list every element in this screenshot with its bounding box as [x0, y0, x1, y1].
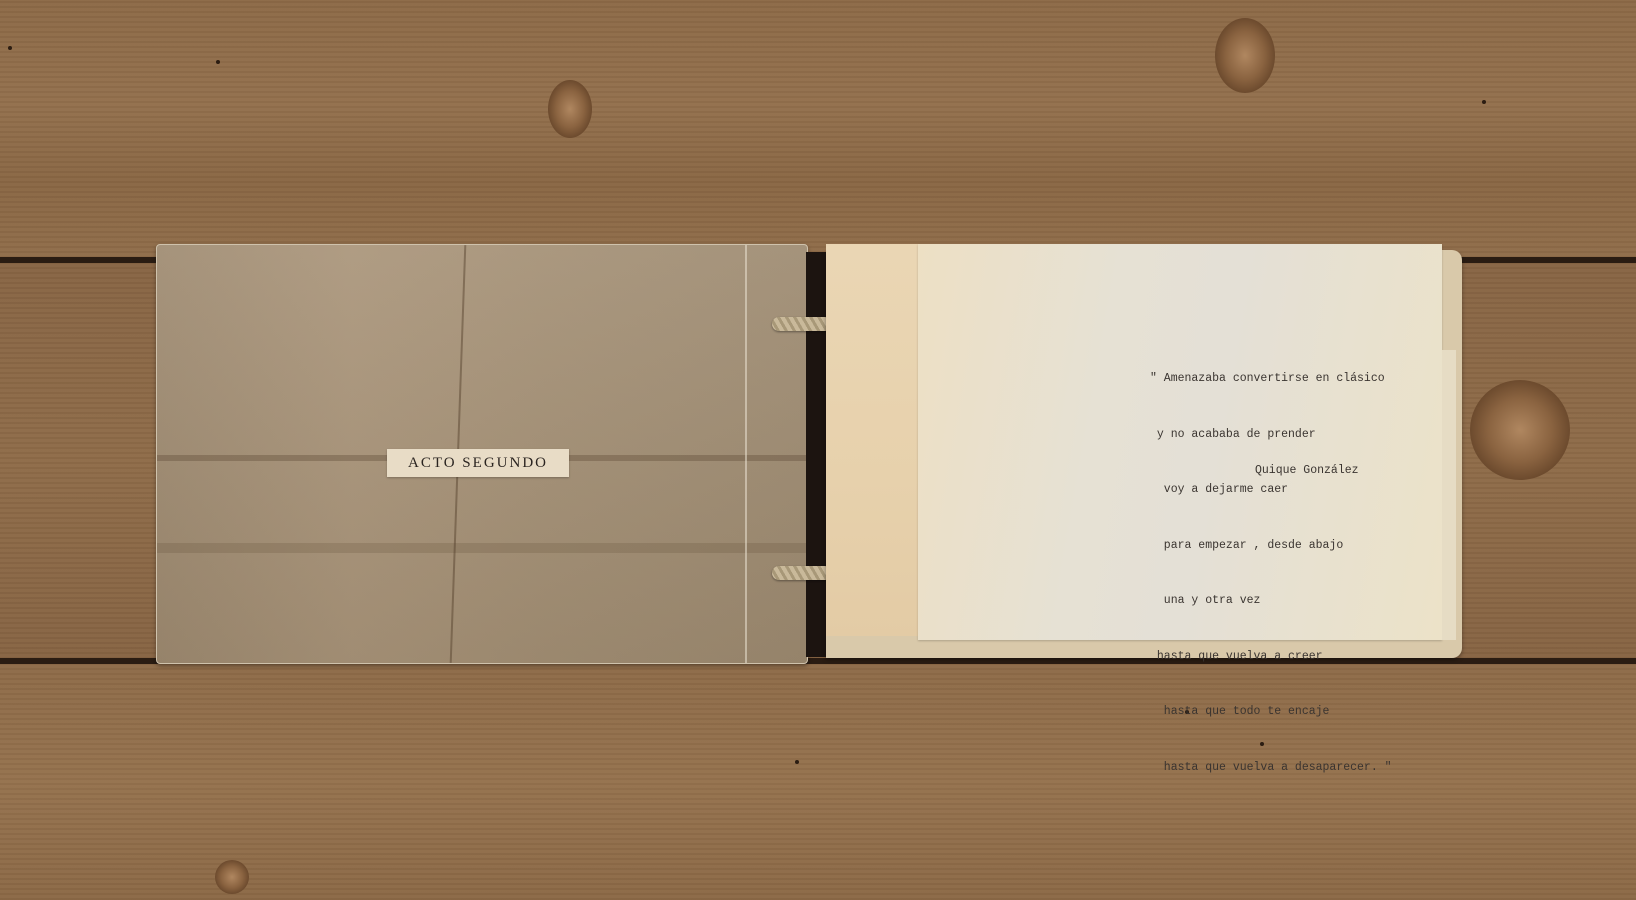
poem-line: hasta que vuelva a desaparecer. " — [1150, 759, 1392, 778]
wood-knot — [1470, 380, 1570, 480]
poem-line: y no acababa de prender — [1150, 426, 1392, 445]
wood-knot — [548, 80, 592, 138]
page-stub — [826, 244, 925, 636]
page-edge — [1442, 350, 1456, 640]
poem-line: voy a dejarme caer — [1150, 481, 1392, 500]
poem-line: una y otra vez — [1150, 592, 1392, 611]
cover-stain — [157, 543, 807, 553]
poem-line: para empezar , desde abajo — [1150, 537, 1392, 556]
poem-line: " Amenazaba convertirse en clásico — [1150, 370, 1392, 389]
poem-line: hasta que vuelva a creer — [1150, 648, 1392, 667]
nail-hole — [216, 60, 220, 64]
book-cover: ACTO SEGUNDO — [156, 244, 808, 664]
poem-text: " Amenazaba convertirse en clásico y no … — [1150, 333, 1392, 796]
binding-gap — [806, 252, 828, 657]
cover-title-label: ACTO SEGUNDO — [387, 449, 569, 477]
wood-plank-top — [0, 0, 1636, 258]
wood-knot — [215, 860, 249, 894]
nail-hole — [795, 760, 799, 764]
cover-crease — [745, 245, 747, 663]
poem-author: Quique González — [1255, 464, 1359, 477]
wood-knot — [1215, 18, 1275, 93]
nail-hole — [8, 46, 12, 50]
poem-line: hasta que todo te encaje — [1150, 703, 1392, 722]
nail-hole — [1482, 100, 1486, 104]
